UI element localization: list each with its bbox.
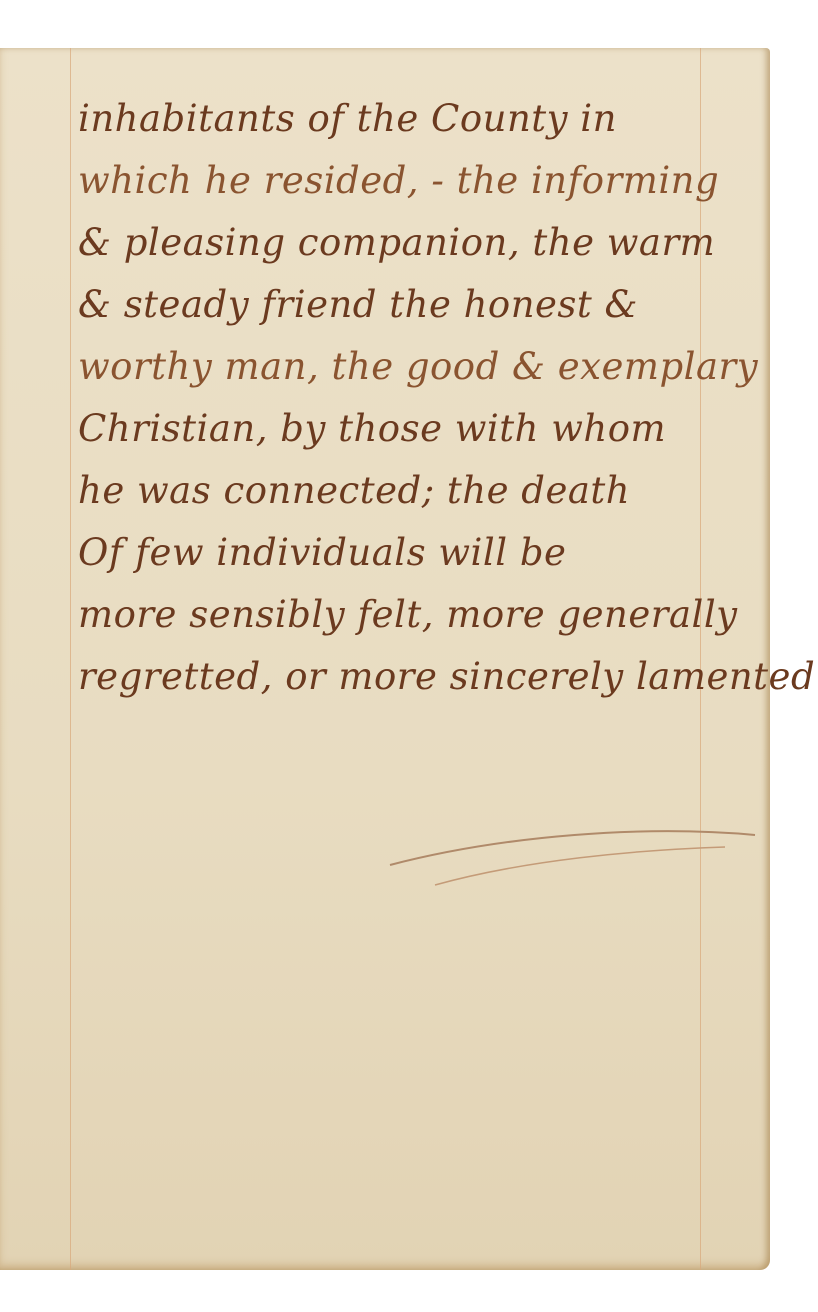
text-line: inhabitants of the County in <box>78 88 758 150</box>
handwritten-text: inhabitants of the County in which he re… <box>78 88 758 708</box>
text-line: which he resided, - the informing <box>78 150 758 212</box>
closing-flourish <box>385 815 765 895</box>
text-line: regretted, or more sincerely lamented. <box>78 646 758 708</box>
text-line: he was connected; the death <box>78 460 758 522</box>
text-line: & pleasing companion, the warm <box>78 212 758 274</box>
text-line: worthy man, the good & exemplary <box>78 336 758 398</box>
text-line: Of few individuals will be <box>78 522 758 584</box>
text-line: more sensibly felt, more generally <box>78 584 758 646</box>
text-line: Christian, by those with whom <box>78 398 758 460</box>
text-line: & steady friend the honest & <box>78 274 758 336</box>
left-margin-rule <box>70 48 71 1270</box>
